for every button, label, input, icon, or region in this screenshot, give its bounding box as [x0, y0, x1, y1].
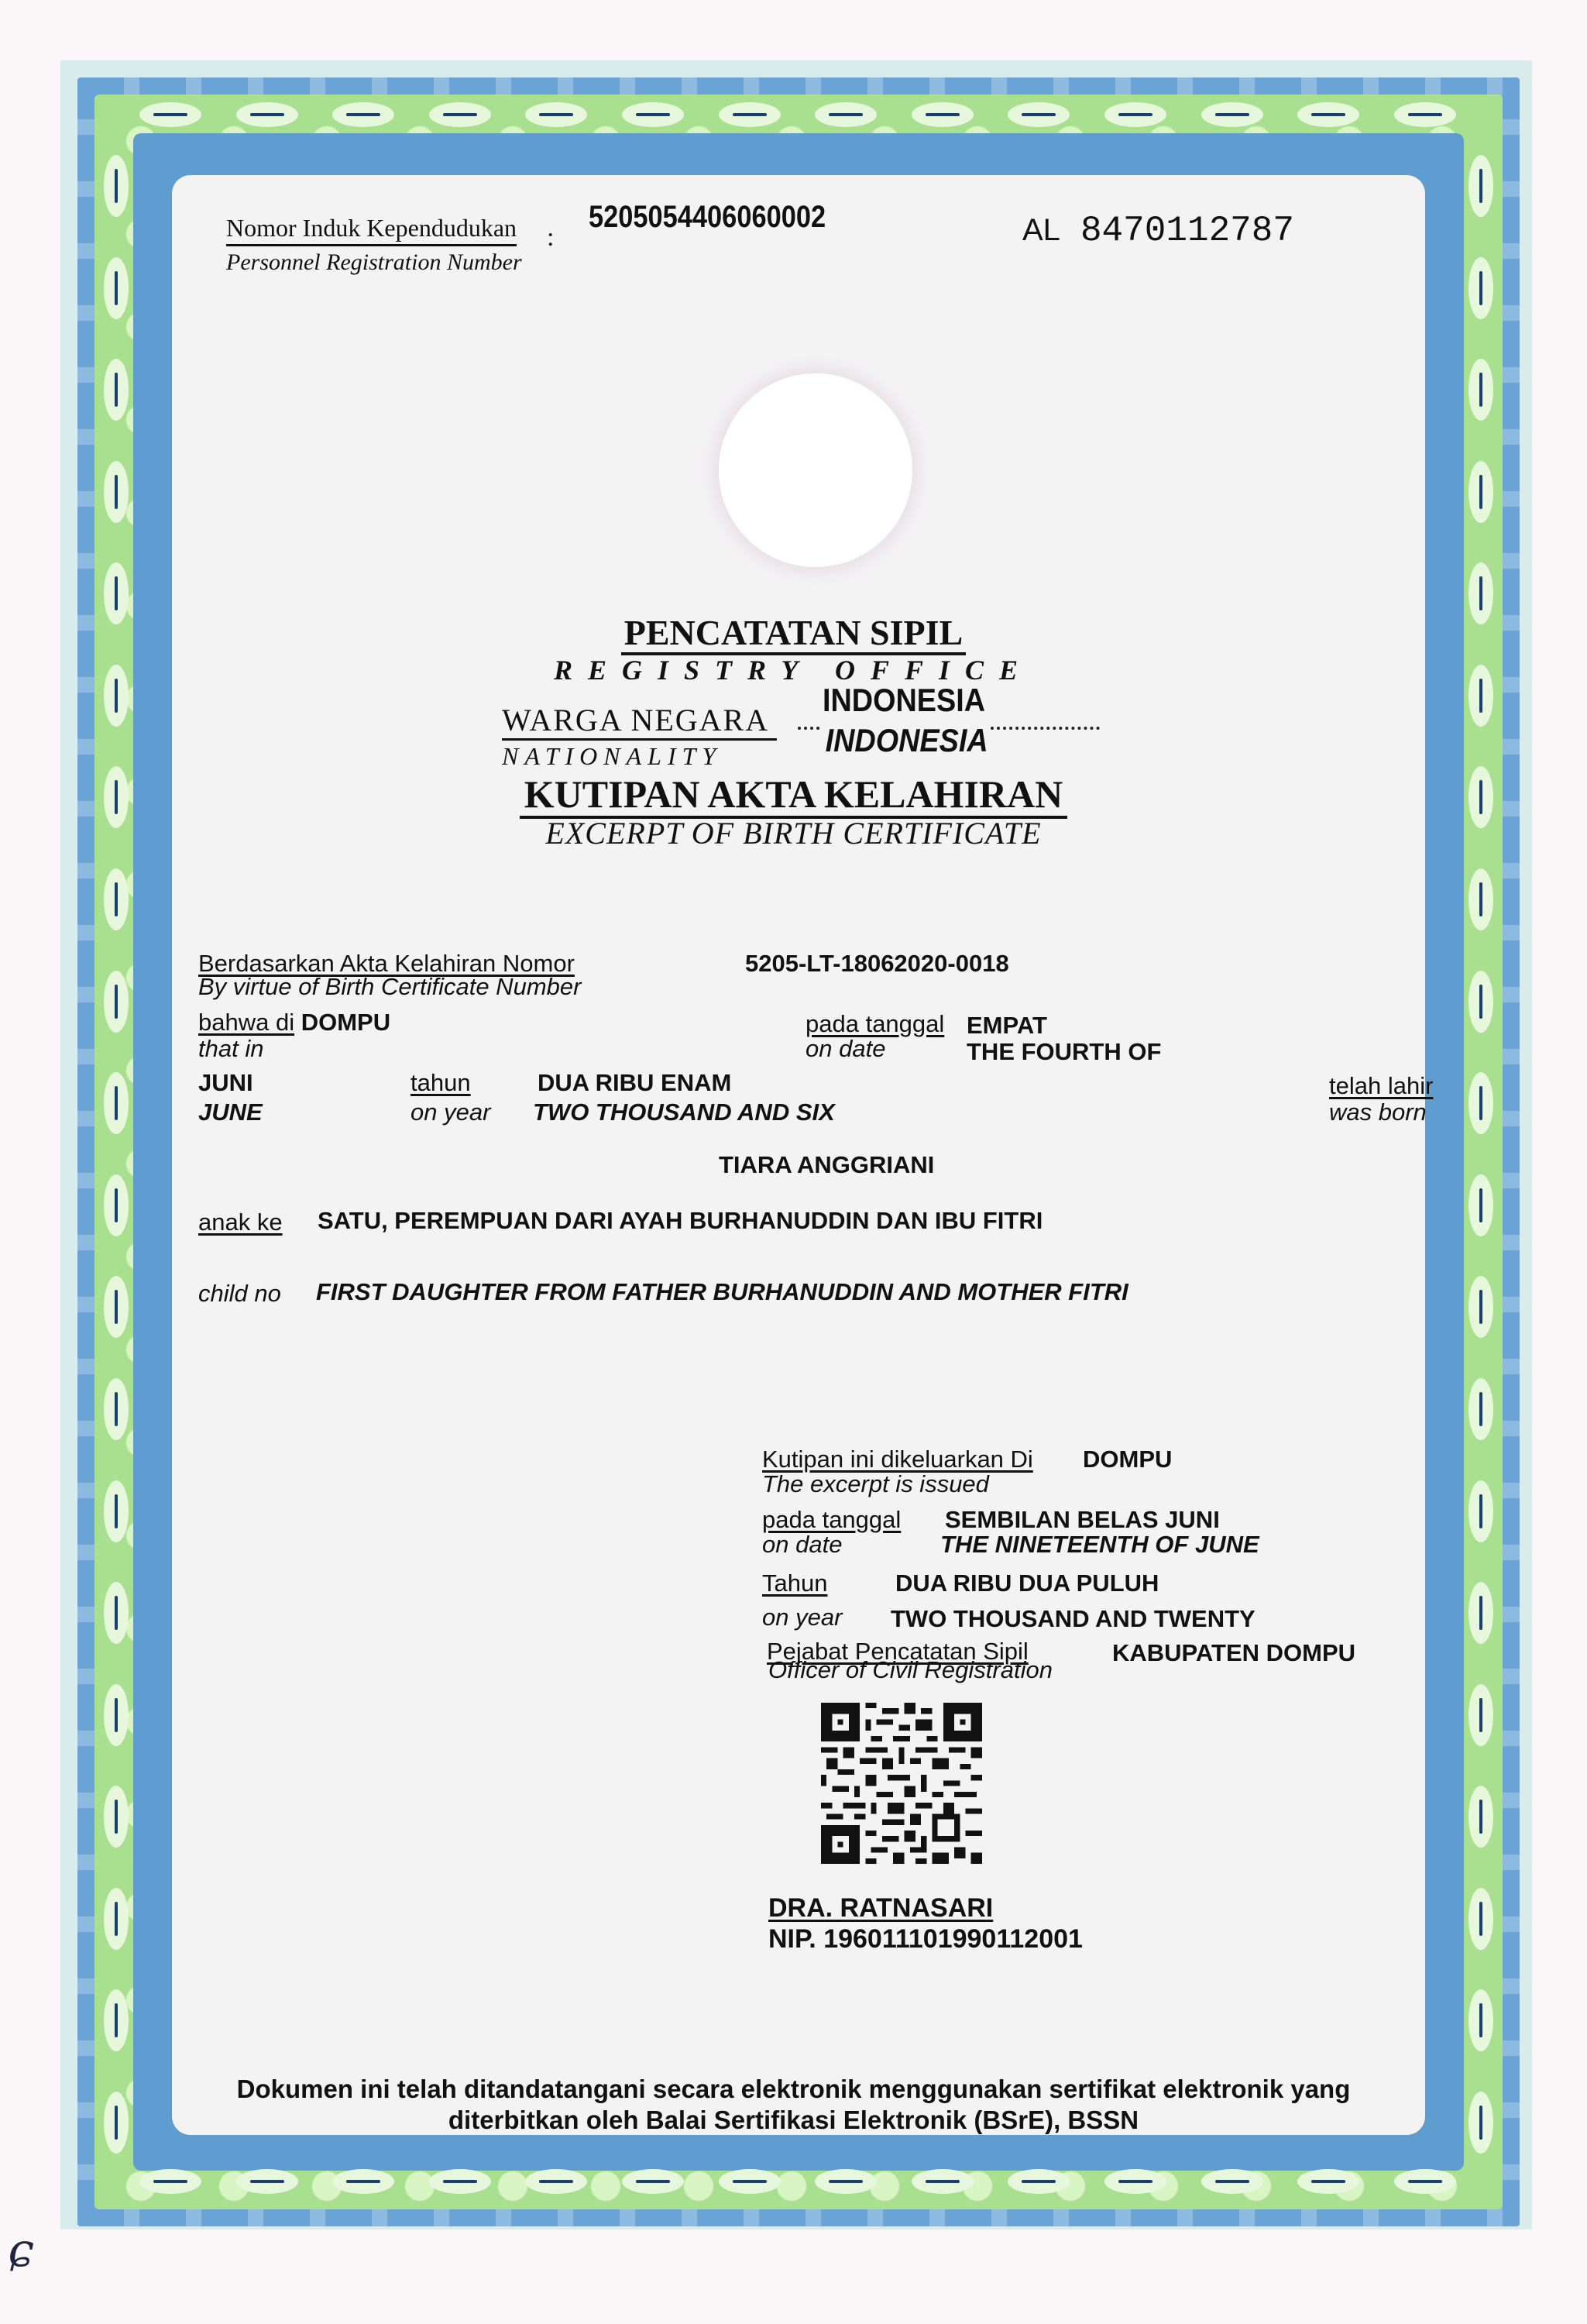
birth-month-en: JUNE	[198, 1098, 263, 1126]
birth-date-label-en: on date	[806, 1035, 885, 1063]
issued-at-label-id: Kutipan ini dikeluarkan Di	[762, 1446, 1033, 1473]
certificate-number: 5205-LT-18062020-0018	[745, 950, 1009, 978]
child-no-label-en: child no	[198, 1280, 281, 1308]
serial-digits: 8470112787	[1080, 211, 1294, 251]
officer-label-en: Officer of Civil Registration	[768, 1656, 1053, 1684]
child-description-id: SATU, PEREMPUAN DARI AYAH BURHANUDDIN DA…	[318, 1207, 1043, 1235]
birth-year-label-id: tahun	[410, 1069, 471, 1097]
officer-region: KABUPATEN DOMPU	[1112, 1639, 1355, 1667]
child-description-en: FIRST DAUGHTER FROM FATHER BURHANUDDIN A…	[316, 1278, 1128, 1306]
office-title-en: REGISTRY OFFICE	[0, 654, 1587, 686]
issued-place: DOMPU	[1083, 1446, 1172, 1473]
signer-name: DRA. RATNASARI	[768, 1893, 993, 1923]
certificate-number-label-en: By virtue of Birth Certificate Number	[198, 973, 581, 1001]
born-label-en: was born	[1329, 1098, 1427, 1126]
issue-date-label-en: on date	[762, 1531, 842, 1559]
nationality-value-id: INDONESIA	[823, 682, 985, 719]
nationality-value-en: INDONESIA	[823, 722, 991, 759]
issue-date-label-id: pada tanggal	[762, 1506, 901, 1534]
child-name: TIARA ANGGRIANI	[719, 1151, 934, 1179]
serial-number: AL8470112787	[1022, 211, 1294, 251]
handwritten-initial-mark: ɕ	[8, 2223, 34, 2278]
birth-day-id: EMPAT	[967, 1012, 1047, 1040]
nik-value: 5205054406060002	[589, 200, 826, 235]
nationality-label-id: WARGA NEGARA	[502, 702, 777, 741]
birth-year-label-en: on year	[410, 1098, 490, 1126]
document-title: KUTIPAN AKTA KELAHIRAN	[0, 772, 1587, 816]
e-signature-note-line1: Dokumen ini telah ditandatangani secara …	[0, 2075, 1587, 2104]
issue-year-id: DUA RIBU DUA PULUH	[895, 1569, 1159, 1597]
border-motifs-top	[139, 102, 1456, 127]
nationality-label: WARGA NEGARA NATIONALITY	[502, 702, 777, 771]
birth-place-value: DOMPU	[301, 1009, 390, 1036]
issue-year-en: TWO THOUSAND AND TWENTY	[891, 1605, 1256, 1633]
nik-separator: :	[547, 223, 554, 253]
serial-prefix: AL	[1022, 213, 1060, 247]
issue-year-label-en: on year	[762, 1604, 842, 1631]
document-title-en: EXCERPT OF BIRTH CERTIFICATE	[0, 815, 1587, 851]
nik-label-id: Nomor Induk Kependudukan	[226, 214, 517, 246]
border-motifs-bottom	[139, 2169, 1456, 2194]
nik-label-en: Personnel Registration Number	[226, 249, 522, 276]
nik-label: Nomor Induk Kependudukan Personnel Regis…	[226, 214, 522, 276]
birth-day-en: THE FOURTH OF	[967, 1038, 1161, 1066]
qr-code-icon	[821, 1701, 982, 1865]
hologram-seal	[719, 373, 912, 567]
birth-month-id: JUNI	[198, 1069, 253, 1097]
office-title: PENCATATAN SIPIL	[0, 612, 1587, 653]
birth-year-id: DUA RIBU ENAM	[538, 1069, 731, 1097]
birth-year-en: TWO THOUSAND AND SIX	[533, 1098, 835, 1126]
birth-place-label-en: that in	[198, 1035, 263, 1063]
signer-nip: NIP. 196011101990112001	[768, 1924, 1083, 1954]
born-label-id: telah lahir	[1329, 1072, 1433, 1100]
child-no-label-id: anak ke	[198, 1208, 283, 1236]
border-motifs-right	[1468, 155, 1493, 2154]
nationality-label-en: NATIONALITY	[502, 742, 777, 771]
e-signature-note-line2: diterbitkan oleh Balai Sertifikasi Elekt…	[0, 2106, 1587, 2135]
birth-place-row: bahwa di DOMPU	[198, 1009, 390, 1037]
birth-date-label-id: pada tanggal	[806, 1010, 944, 1038]
birth-place-label-id: bahwa di	[198, 1009, 294, 1036]
issued-at-label-en: The excerpt is issued	[762, 1470, 989, 1498]
border-motifs-left	[104, 155, 129, 2154]
issue-year-label-id: Tahun	[762, 1569, 827, 1597]
issue-date-id: SEMBILAN BELAS JUNI	[945, 1506, 1220, 1534]
issue-date-en: THE NINETEENTH OF JUNE	[940, 1531, 1259, 1559]
